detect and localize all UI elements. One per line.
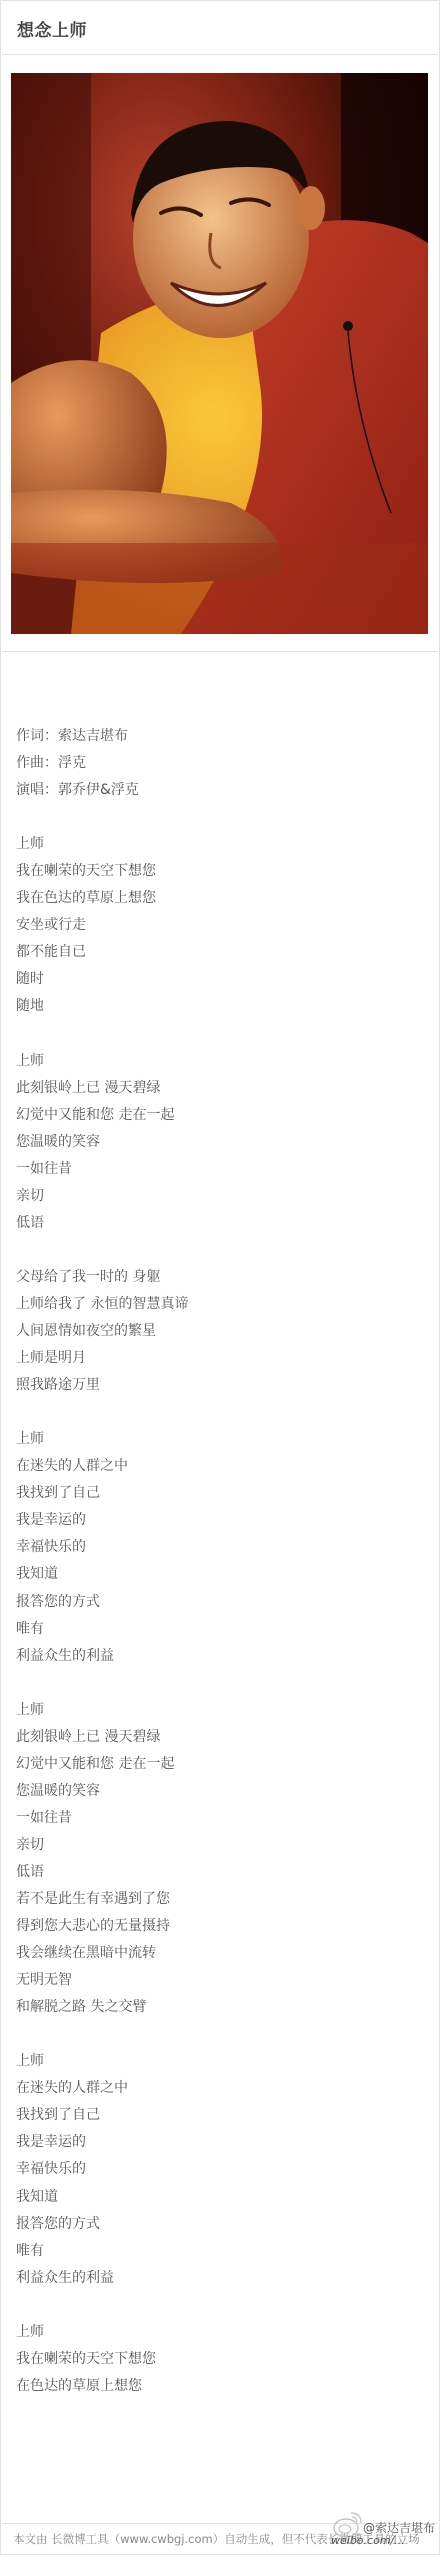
blank-line — [16, 1237, 426, 1264]
lyric-line: 都不能自已 — [16, 939, 426, 966]
lyric-line: 安坐或行走 — [16, 912, 426, 939]
lyric-line: 在迷失的人群之中 — [16, 1453, 426, 1480]
lyric-line: 利益众生的利益 — [16, 1643, 426, 1670]
lyric-line: 随地 — [16, 993, 426, 1020]
lyric-line: 和解脱之路 失之交臂 — [16, 1994, 426, 2021]
lyric-line: 在色达的草原上想您 — [16, 2373, 426, 2400]
lyric-line: 此刻银岭上已 漫天碧绿 — [16, 1075, 426, 1102]
credit-composer: 作曲：浮克 — [16, 750, 426, 777]
lyric-line: 幻觉中又能和您 走在一起 — [16, 1102, 426, 1129]
lyric-line: 报答您的方式 — [16, 1589, 426, 1616]
lyric-line: 我在喇荣的天空下想您 — [16, 858, 426, 885]
lyric-line: 一如往昔 — [16, 1805, 426, 1832]
lyric-line: 此刻银岭上已 漫天碧绿 — [16, 1724, 426, 1751]
lyric-line: 上师 — [16, 1048, 426, 1075]
blank-line — [16, 1399, 426, 1426]
lyric-line: 我在色达的草原上想您 — [16, 885, 426, 912]
lyric-line: 一如往昔 — [16, 1156, 426, 1183]
lyric-line: 若不是此生有幸遇到了您 — [16, 1886, 426, 1913]
lyric-line: 父母给了我一时的 身躯 — [16, 1264, 426, 1291]
lyric-line: 人间恩情如夜空的繁星 — [16, 1318, 426, 1345]
blank-line — [16, 2292, 426, 2319]
title-bar: 想念上师 — [2, 2, 438, 55]
lyric-line: 上师 — [16, 2319, 426, 2346]
lyric-line: 我知道 — [16, 2184, 426, 2211]
lyric-line: 在迷失的人群之中 — [16, 2075, 426, 2102]
lyric-line: 唯有 — [16, 2238, 426, 2265]
lyric-line: 您温暖的笑容 — [16, 1129, 426, 1156]
lyric-line: 我找到了自己 — [16, 1480, 426, 1507]
lyric-line: 我是幸运的 — [16, 1507, 426, 1534]
lyric-line: 低语 — [16, 1210, 426, 1237]
lyric-line: 上师 — [16, 831, 426, 858]
lyrics-body: 作词：索达吉堪布 作曲：浮克 演唱：郭乔伊&浮克 上师 我在喇荣的天空下想您 我… — [16, 723, 426, 2400]
lyric-line: 亲切 — [16, 1832, 426, 1859]
lyric-line: 上师 — [16, 1426, 426, 1453]
lyric-line: 利益众生的利益 — [16, 2265, 426, 2292]
lyric-line: 上师给我了 永恒的智慧真谛 — [16, 1291, 426, 1318]
lyric-line: 上师 — [16, 2048, 426, 2075]
lyric-line: 我找到了自己 — [16, 2102, 426, 2129]
footer-note: 本文由 长微博工具（www.cwbgj.com）自动生成，但不代表长微博工具的立… — [13, 2531, 420, 2547]
lyric-line: 唯有 — [16, 1616, 426, 1643]
lyric-line: 低语 — [16, 1859, 426, 1886]
lyric-line: 随时 — [16, 966, 426, 993]
blank-line — [16, 804, 426, 831]
lyric-line: 上师 — [16, 1697, 426, 1724]
lyric-line: 幸福快乐的 — [16, 1534, 426, 1561]
long-weibo-page: 想念上师 — [0, 0, 440, 2555]
lyric-line: 亲切 — [16, 1183, 426, 1210]
lyric-line: 照我路途万里 — [16, 1372, 426, 1399]
lyric-line: 得到您大悲心的无量摄持 — [16, 1913, 426, 1940]
lyric-line: 无明无智 — [16, 1967, 426, 1994]
lyric-line: 上师是明月 — [16, 1345, 426, 1372]
credit-lyricist: 作词：索达吉堪布 — [16, 723, 426, 750]
blank-line — [16, 1021, 426, 1048]
teacher-photo — [11, 73, 428, 634]
lyric-line: 我知道 — [16, 1561, 426, 1588]
photo-illustration — [11, 73, 428, 634]
credit-singer: 演唱：郭乔伊&浮克 — [16, 777, 426, 804]
page-title: 想念上师 — [17, 16, 87, 41]
lyric-line: 报答您的方式 — [16, 2211, 426, 2238]
lyric-line: 我会继续在黑暗中流转 — [16, 1940, 426, 1967]
blank-line — [16, 2021, 426, 2048]
section-divider — [2, 651, 438, 652]
lyric-line: 我在喇荣的天空下想您 — [16, 2346, 426, 2373]
lyric-line: 幻觉中又能和您 走在一起 — [16, 1751, 426, 1778]
blank-line — [16, 1670, 426, 1697]
footer-divider — [2, 2523, 438, 2524]
lyric-line: 幸福快乐的 — [16, 2156, 426, 2183]
lyric-line: 我是幸运的 — [16, 2129, 426, 2156]
lyric-line: 您温暖的笑容 — [16, 1778, 426, 1805]
